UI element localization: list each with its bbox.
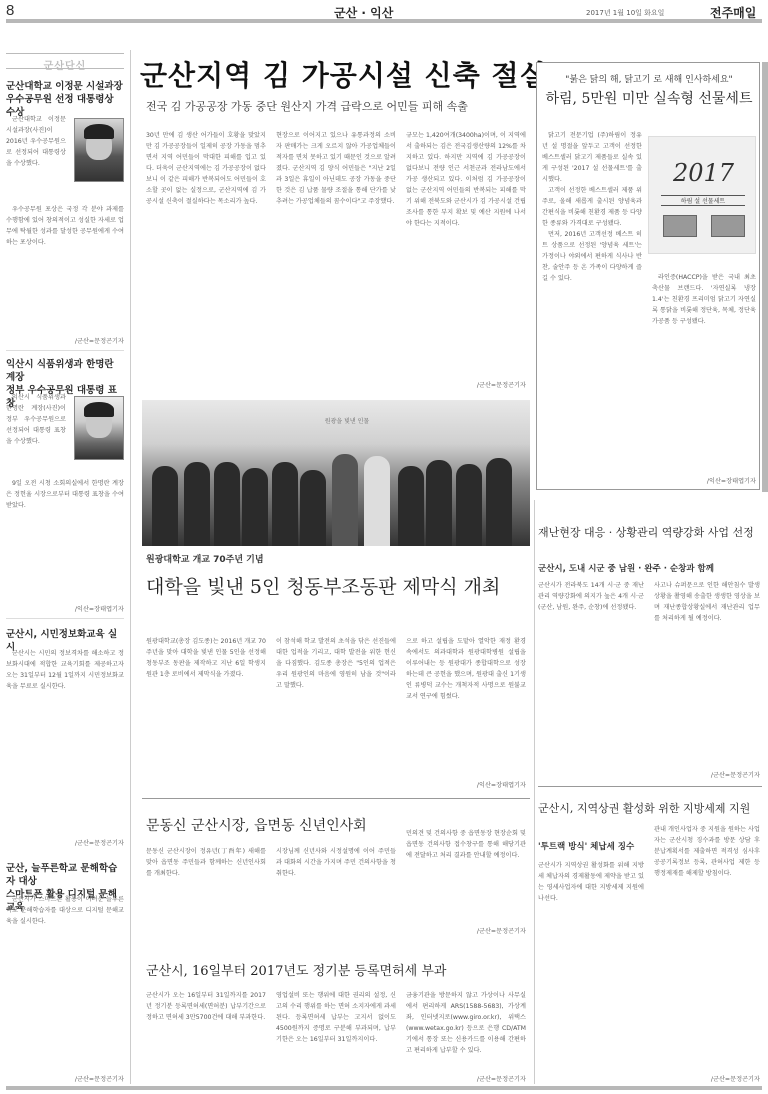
year-text: 2017 [673, 159, 734, 187]
person [398, 466, 424, 546]
article-body: 군산시는 시민의 정보격차를 해소하고 정보화시대에 적합한 교육기회를 제공하… [6, 648, 124, 824]
divider [538, 786, 762, 787]
dateline: 2017년 1월 10일 화요일 [586, 8, 664, 18]
disaster-column-2: 사고나 슈퍼문으로 인한 해안침수 발생 상황을 촬영해 송출한 생생한 영상을… [654, 580, 760, 768]
divider [142, 798, 530, 799]
sidebar-kicker: 군산단신 [6, 53, 124, 69]
portrait-photo [74, 396, 124, 460]
person [184, 462, 210, 546]
mayor-column-1: 문동신 군산시장이 정유년(丁酉年) 새해를 맞아 읍면동 주민들과 함께하는 … [146, 846, 266, 936]
column-divider [130, 50, 131, 1084]
hair [84, 124, 115, 139]
lead-column-1: 30년 만에 김 생산 어가들이 호황을 맞았지만 김 가공공장들이 일제히 공… [146, 130, 266, 392]
article-headline: 군산, 늘푸른학교 문해학습자 대상 [6, 862, 124, 888]
article-body: 우수공무원 포상은 국정 각 분야 과제를 수행함에 있어 창의적이고 성실한 … [6, 204, 124, 336]
university-column-3: 으로 하고 설립을 도맡아 열악한 재정 환경 속에서도 의과대학과 원광대학병… [406, 636, 526, 776]
paragraph: 닭고기 전문기업 (주)하림이 정유년 설 명절을 앞두고 고객이 선정한 베스… [542, 130, 642, 185]
disaster-column-1: 군산시가 전라북도 14개 시·군 중 재난관리 역량강화에 의지가 높은 4개… [538, 580, 644, 780]
page-number: 8 [6, 2, 14, 19]
ad-quote: "붉은 닭의 해, 닭고기 로 새해 인사하세요" [544, 72, 754, 85]
ad-headline: 하림, 5만원 미만 실속형 선물세트 [544, 88, 754, 108]
footer-rule [6, 1086, 762, 1090]
divider [6, 618, 124, 619]
person [426, 460, 452, 546]
byline: /군산=문정곤기자 [6, 838, 124, 847]
hair [84, 402, 115, 417]
paragraph: 군산시는 시민의 정보격차를 해소하고 정보화시대에 적합한 교육기회를 제공하… [6, 648, 124, 692]
column-divider [534, 500, 535, 1084]
person [486, 458, 512, 546]
byline: /군산=문정곤기자 [406, 380, 526, 389]
portrait-photo [74, 118, 124, 182]
paragraph: 익산시 식품위생과 한명란 계장(사진)이 정부 우수공무원으로 선정되어 대통… [6, 392, 66, 447]
paragraph: 군산시가 스마트폰 활용이 어려운 늘푸른학교 문해학습자를 대상으로 디지털 … [6, 894, 124, 927]
university-column-2: 이 참석해 학교 발전의 초석을 닦은 선진들에 대한 업적을 기리고, 대학 … [276, 636, 396, 788]
paragraph: 군산대학교 이정문 시설과장(사진)이 2016년 우수공무원으로 선정되어 대… [6, 114, 66, 169]
disaster-headline: 재난현장 대응 · 상황관리 역량강화 사업 선정 [538, 524, 754, 540]
gift-box-image [663, 215, 697, 237]
disaster-subheadline: 군산시, 도내 시군 중 남원 · 완주 · 순창과 함께 [538, 562, 714, 574]
person [332, 454, 358, 546]
ad-box-shadow [762, 62, 768, 492]
article-headline: 군산대학교 이정문 시설과장 [6, 80, 124, 93]
mayor-headline: 문동신 군산시장, 읍면동 신년인사회 [146, 815, 367, 835]
gift-set-image: 2017 하림 설 선물세트 [648, 136, 756, 254]
article-body: 9일 오전 시청 소회의실에서 한명란 계장은 정헌율 시장으로부터 대통령 표… [6, 478, 124, 606]
university-headline: 대학을 빛낸 5인 청동부조동판 제막식 개최 [146, 572, 500, 599]
tax-support-subheadline: '투트랙 방식' 체납세 징수 [538, 840, 634, 852]
paragraph: 라인증(HACCP)을 받은 국내 최초 축산물 브랜드다. '자연실록 냉장1… [652, 272, 756, 327]
byline: /군산=문정곤기자 [406, 1074, 526, 1083]
person [214, 462, 240, 546]
mayor-column-2: 시장님께 신년사와 시정설명에 이어 주민들과 대화의 시간을 가지며 주민 건… [276, 846, 396, 936]
ad-column-2: 라인증(HACCP)을 받은 국내 최초 축산물 브랜드다. '자연실록 냉장1… [652, 272, 756, 472]
tax-column-1: 군산시가 오는 16일부터 31일까지를 2017년 정기분 등록면허세(면허분… [146, 990, 266, 1082]
university-column-1: 원광대학교(총장 김도종)는 2016년 개교 70주년을 맞아 대학을 빛낸 … [146, 636, 266, 788]
person [364, 456, 390, 546]
divider [6, 350, 124, 351]
group-photo: 원광을 빛낸 인물 [142, 400, 530, 546]
byline: /군산=문정곤기자 [654, 770, 760, 779]
article-headline: 익산시 식품위생과 한명란 계장 [6, 358, 124, 384]
article-body: 군산대학교 이정문 시설과장(사진)이 2016년 우수공무원으로 선정되어 대… [6, 114, 66, 204]
byline: /군산=문정곤기자 [6, 1074, 124, 1083]
person [300, 470, 326, 546]
university-kicker: 원광대학교 개교 70주년 기념 [146, 552, 264, 565]
person [272, 462, 298, 546]
paragraph: 고객이 선정한 베스트셀러 제품 위주로, 올해 새롭게 출시된 양념육과 간편… [542, 185, 642, 229]
lead-column-3: 규모는 1,420여개(3400ha)이며, 이 지역에서 출하되는 김은 전국… [406, 130, 526, 380]
paragraph: 우수공무원 포상은 국정 각 분야 과제를 수행함에 있어 창의적이고 성실한 … [6, 204, 124, 248]
byline: /익산=장태엽기자 [6, 604, 124, 613]
tax-support-column-1: 군산시가 지역상권 활성화를 위해 지방세 체납자의 경제활동에 제약을 받고 … [538, 860, 644, 1080]
paragraph: 먼저, 2016년 고객선정 베스트 히트 상품으로 선정된 '양념육 세트'는… [542, 229, 642, 284]
byline: /군산=문정곤기자 [654, 1074, 760, 1083]
byline: /군산=문정곤기자 [406, 926, 526, 935]
lead-subheadline: 전국 김 가공공장 가동 중단 원산지 가격 급락으로 어민들 피해 속출 [146, 98, 468, 114]
person [242, 468, 268, 546]
ad-column-1: 닭고기 전문기업 (주)하림이 정유년 설 명절을 앞두고 고객이 선정한 베스… [542, 130, 642, 475]
byline: /군산=문정곤기자 [6, 336, 124, 345]
byline: /익산=장태엽기자 [406, 780, 526, 789]
tax-headline: 군산시, 16일부터 2017년도 정기분 등록면허세 부과 [146, 960, 446, 979]
person [152, 466, 178, 546]
lead-column-2: 현장으로 이어지고 있으나 유통과정의 소비자 판매가는 크게 오르지 않아 가… [276, 130, 396, 392]
tax-support-column-2: 관내 개인사업자 중 지원을 원하는 사업자는 군산시청 징수과를 방문 상담 … [654, 824, 760, 1070]
gift-set-label: 하림 설 선물세트 [661, 195, 745, 206]
person [456, 464, 482, 546]
tax-support-headline: 군산시, 지역상권 활성화 위한 지방세제 지원 [538, 800, 750, 816]
tax-column-2: 영업설비 또는 행위에 대한 권리의 설정, 신고의 수리 행위를 하는 면허 … [276, 990, 396, 1082]
photo-banner: 원광을 빛낸 인물 [312, 416, 382, 425]
article-body: 군산시가 스마트폰 활용이 어려운 늘푸른학교 문해학습자를 대상으로 디지털 … [6, 894, 124, 1070]
mayor-column-3: 민의견 및 건의사항 중 읍면동장 현장순회 및 읍면동 건의사항 접수창구를 … [406, 828, 526, 924]
sidebar-kicker-text: 군산단신 [44, 61, 87, 72]
header-rule [6, 19, 762, 23]
byline: /익산=장태엽기자 [652, 476, 756, 485]
article-body: 익산시 식품위생과 한명란 계장(사진)이 정부 우수공무원으로 선정되어 대통… [6, 392, 66, 478]
gift-box-image [711, 215, 745, 237]
tax-column-3: 금융기관을 방문하지 않고 가상이나 사무실에서 편리하게 ARS(1588-5… [406, 990, 526, 1070]
paragraph: 9일 오전 시청 소회의실에서 한명란 계장은 정헌율 시장으로부터 대통령 표… [6, 478, 124, 511]
lead-headline: 군산지역 김 가공시설 신축 절실 [140, 54, 548, 94]
